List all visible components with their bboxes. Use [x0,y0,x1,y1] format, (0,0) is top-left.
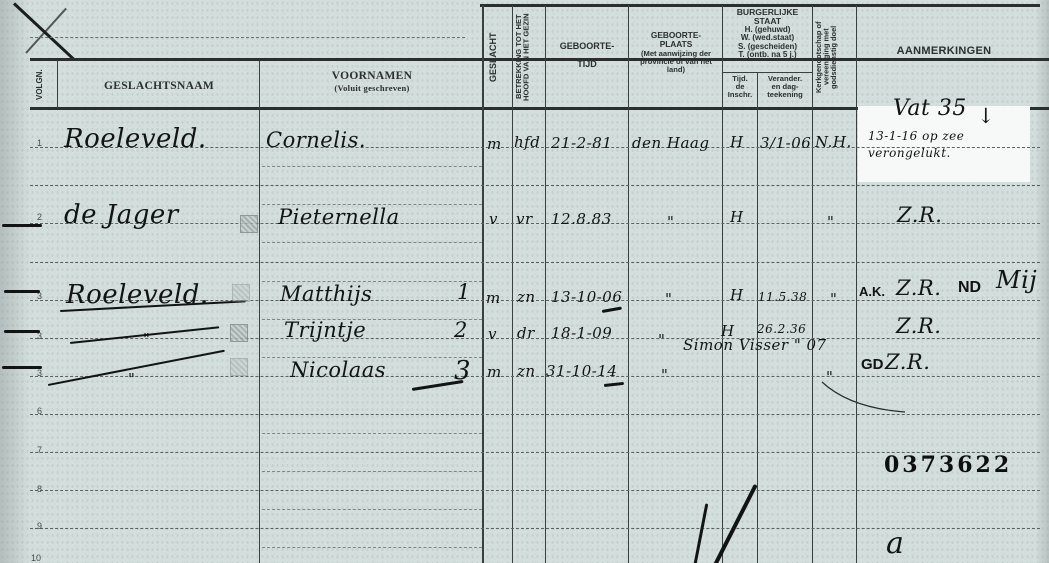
row3-birthplace: " [665,290,672,308]
row-line [30,185,1040,186]
row3-church: " [830,290,837,308]
row2-remarks: Z.R. [897,203,942,227]
row2-birthplace: " [667,213,674,231]
scan-shadow-left [0,0,30,563]
row-number: 1 [37,138,42,148]
row5-birthdate: 31-10-14 [546,362,617,380]
row4-child-nr: 2 [454,318,468,342]
margin-dash [2,366,42,369]
voornamen-subline [262,509,482,510]
row4-change-date: 26.2.36 [757,322,806,336]
row4-relation: dr [517,324,535,342]
row4-stamp-mark [230,324,248,342]
row1-church: N.H. [815,133,852,151]
col-divider [259,61,260,563]
row2-civil-status: H [730,208,744,226]
row-number: 8 [37,484,42,494]
header-geslachtsnaam: GESLACHTSNAAM [60,80,258,92]
row4-remarks: Z.R. [896,314,941,338]
arrow-mark: ↓ [977,104,995,128]
row3-underline [602,307,622,313]
col-divider [512,5,513,563]
row4-spouse-note: Simon Visser " 07 [683,336,827,354]
row4-birthdate: 18-1-09 [551,324,612,342]
row2-stamp-mark [240,215,258,233]
signature-mark: Mij [996,266,1037,294]
row5-remarks: Z.R. [885,350,930,374]
row-line [30,414,1040,415]
row5-birthplace: " [661,366,668,384]
serial-number: 0373622 [884,452,1012,478]
row-line [30,262,1040,263]
row1-firstnames: Cornelis. [266,128,366,152]
header-geslacht: GESLACHT [489,10,498,105]
row5-firstnames: Nicolaas [290,358,386,382]
row5-sex: m [487,363,502,381]
row3-child-nr: 1 [457,280,471,304]
row5-relation: zn [517,362,536,380]
header-betrekking: BETREKKING TOT HET HOOFD VAN HET GEZIN [515,8,543,106]
row-line [30,338,1040,339]
header-geboortetijd-l1: GEBOORTE- [546,42,628,51]
row2-church: " [827,213,834,231]
row1-relation: hfd [514,133,540,151]
voornamen-subline [262,547,482,548]
row3-birthdate: 13-10-06 [551,288,622,306]
check-mark-stroke [694,503,709,563]
voornamen-subline [262,242,482,243]
header-tijd-inschr: Tijd. de Inschr. [723,75,757,99]
row-number: 9 [37,521,42,531]
header-bs-t: T. (ontb. na 5 j.) [723,51,812,59]
col-divider [545,5,546,563]
header-volgnr: VOLGN. [36,64,44,106]
bs-subheader-rule [722,72,812,73]
row3-civil-status: H [730,286,744,304]
voornamen-subline [262,471,482,472]
margin-dash [4,290,40,293]
voornamen-subline [262,433,482,434]
header-geboorteplaats: GEBOORTE- PLAATS (Met aanwijzing der pro… [630,31,722,74]
row3-remarks: Z.R. [896,276,941,300]
row-number: 7 [37,445,42,455]
header-geboorteplaats-sub: (Met aanwijzing der provincie of van het… [630,50,722,74]
row2-sex: v [489,210,498,228]
col-divider [812,5,813,563]
row-number: 3 [37,368,42,378]
row4-sex: v [488,325,497,343]
col-divider [57,61,58,108]
header-voornamen-sub: (Voluit geschreven) [262,84,482,93]
connector-curve [820,380,910,414]
col-divider [628,5,629,563]
row5-underline [604,382,624,387]
header-geboortetijd-l2: TIJD [546,60,628,69]
check-mark-stroke [713,484,757,563]
row3-stamp-ak: A.K. [859,284,885,299]
row1-birthdate: 21-2-81 [551,134,612,152]
row4-surname-ditto: " [143,330,150,348]
row2-relation: vr [516,210,533,228]
col-divider [856,5,857,563]
row1-change-date: 3/1-06 [760,134,811,152]
row4-firstnames: Trijntje [284,318,366,342]
row4-birthplace: " [658,331,665,349]
row5-stamp-mark [230,358,248,376]
vat-note: Vat 35 [893,96,967,121]
row-line [30,490,1040,491]
row3-sex: m [486,289,501,307]
header-burgerlijke-staat: BURGERLIJKE STAAT H. (gehuwd) W. (wed.st… [723,8,812,60]
row1-sex: m [487,135,502,153]
header-tijd-l3: Inschr. [723,91,757,99]
top-dotted-line [30,37,465,38]
row3-change-date: 11.5.38 [758,290,807,304]
row3-firstnames: Matthijs [280,282,372,306]
row2-surname: de Jager [64,200,179,230]
bottom-right-mark: a [886,526,904,561]
row2-firstnames: Pieternella [278,205,400,229]
row-line [30,223,1040,224]
header-verander-l3: teekening [758,91,812,99]
row1-civil-status: H [730,133,744,151]
row2-birthdate: 12.8.83 [551,210,612,228]
row-number: 6 [37,406,42,416]
row5-surname-ditto: " [128,370,135,388]
row3-relation: zn [517,288,536,306]
header-kerkgenootschap: Kerkgenootschap of vereeniging met godsd… [815,8,855,106]
family-register-card: VOLGN. GESLACHTSNAAM VOORNAMEN (Voluit g… [0,0,1049,563]
row1-birthplace: den Haag [632,134,709,152]
voornamen-subline [262,166,482,167]
col-divider [482,5,484,563]
header-geboorteplaats-l2: PLAATS [630,40,722,49]
row3-stamp-mark [232,284,250,302]
header-aanmerkingen: AANMERKINGEN [858,46,1030,58]
row1-remarks: 13-1-16 op zee verongelukt. [868,128,1018,162]
row5-ditto-strike [48,350,225,386]
row1-surname: Roeleveld. [64,124,207,154]
header-verandering: Verander. en dag- teekening [758,75,812,99]
row-number: 2 [37,212,42,222]
row-number: 10 [31,553,41,563]
header-geboortetijd: GEBOORTE- TIJD [546,42,628,70]
row5-stamp-gd: GD [861,356,884,373]
row3-stamp-nd: ND [958,279,981,297]
header-voornamen-title: VOORNAMEN [332,70,412,82]
margin-dash [4,330,40,333]
margin-dash [2,224,42,227]
header-voornamen: VOORNAMEN (Voluit geschreven) [262,70,482,93]
